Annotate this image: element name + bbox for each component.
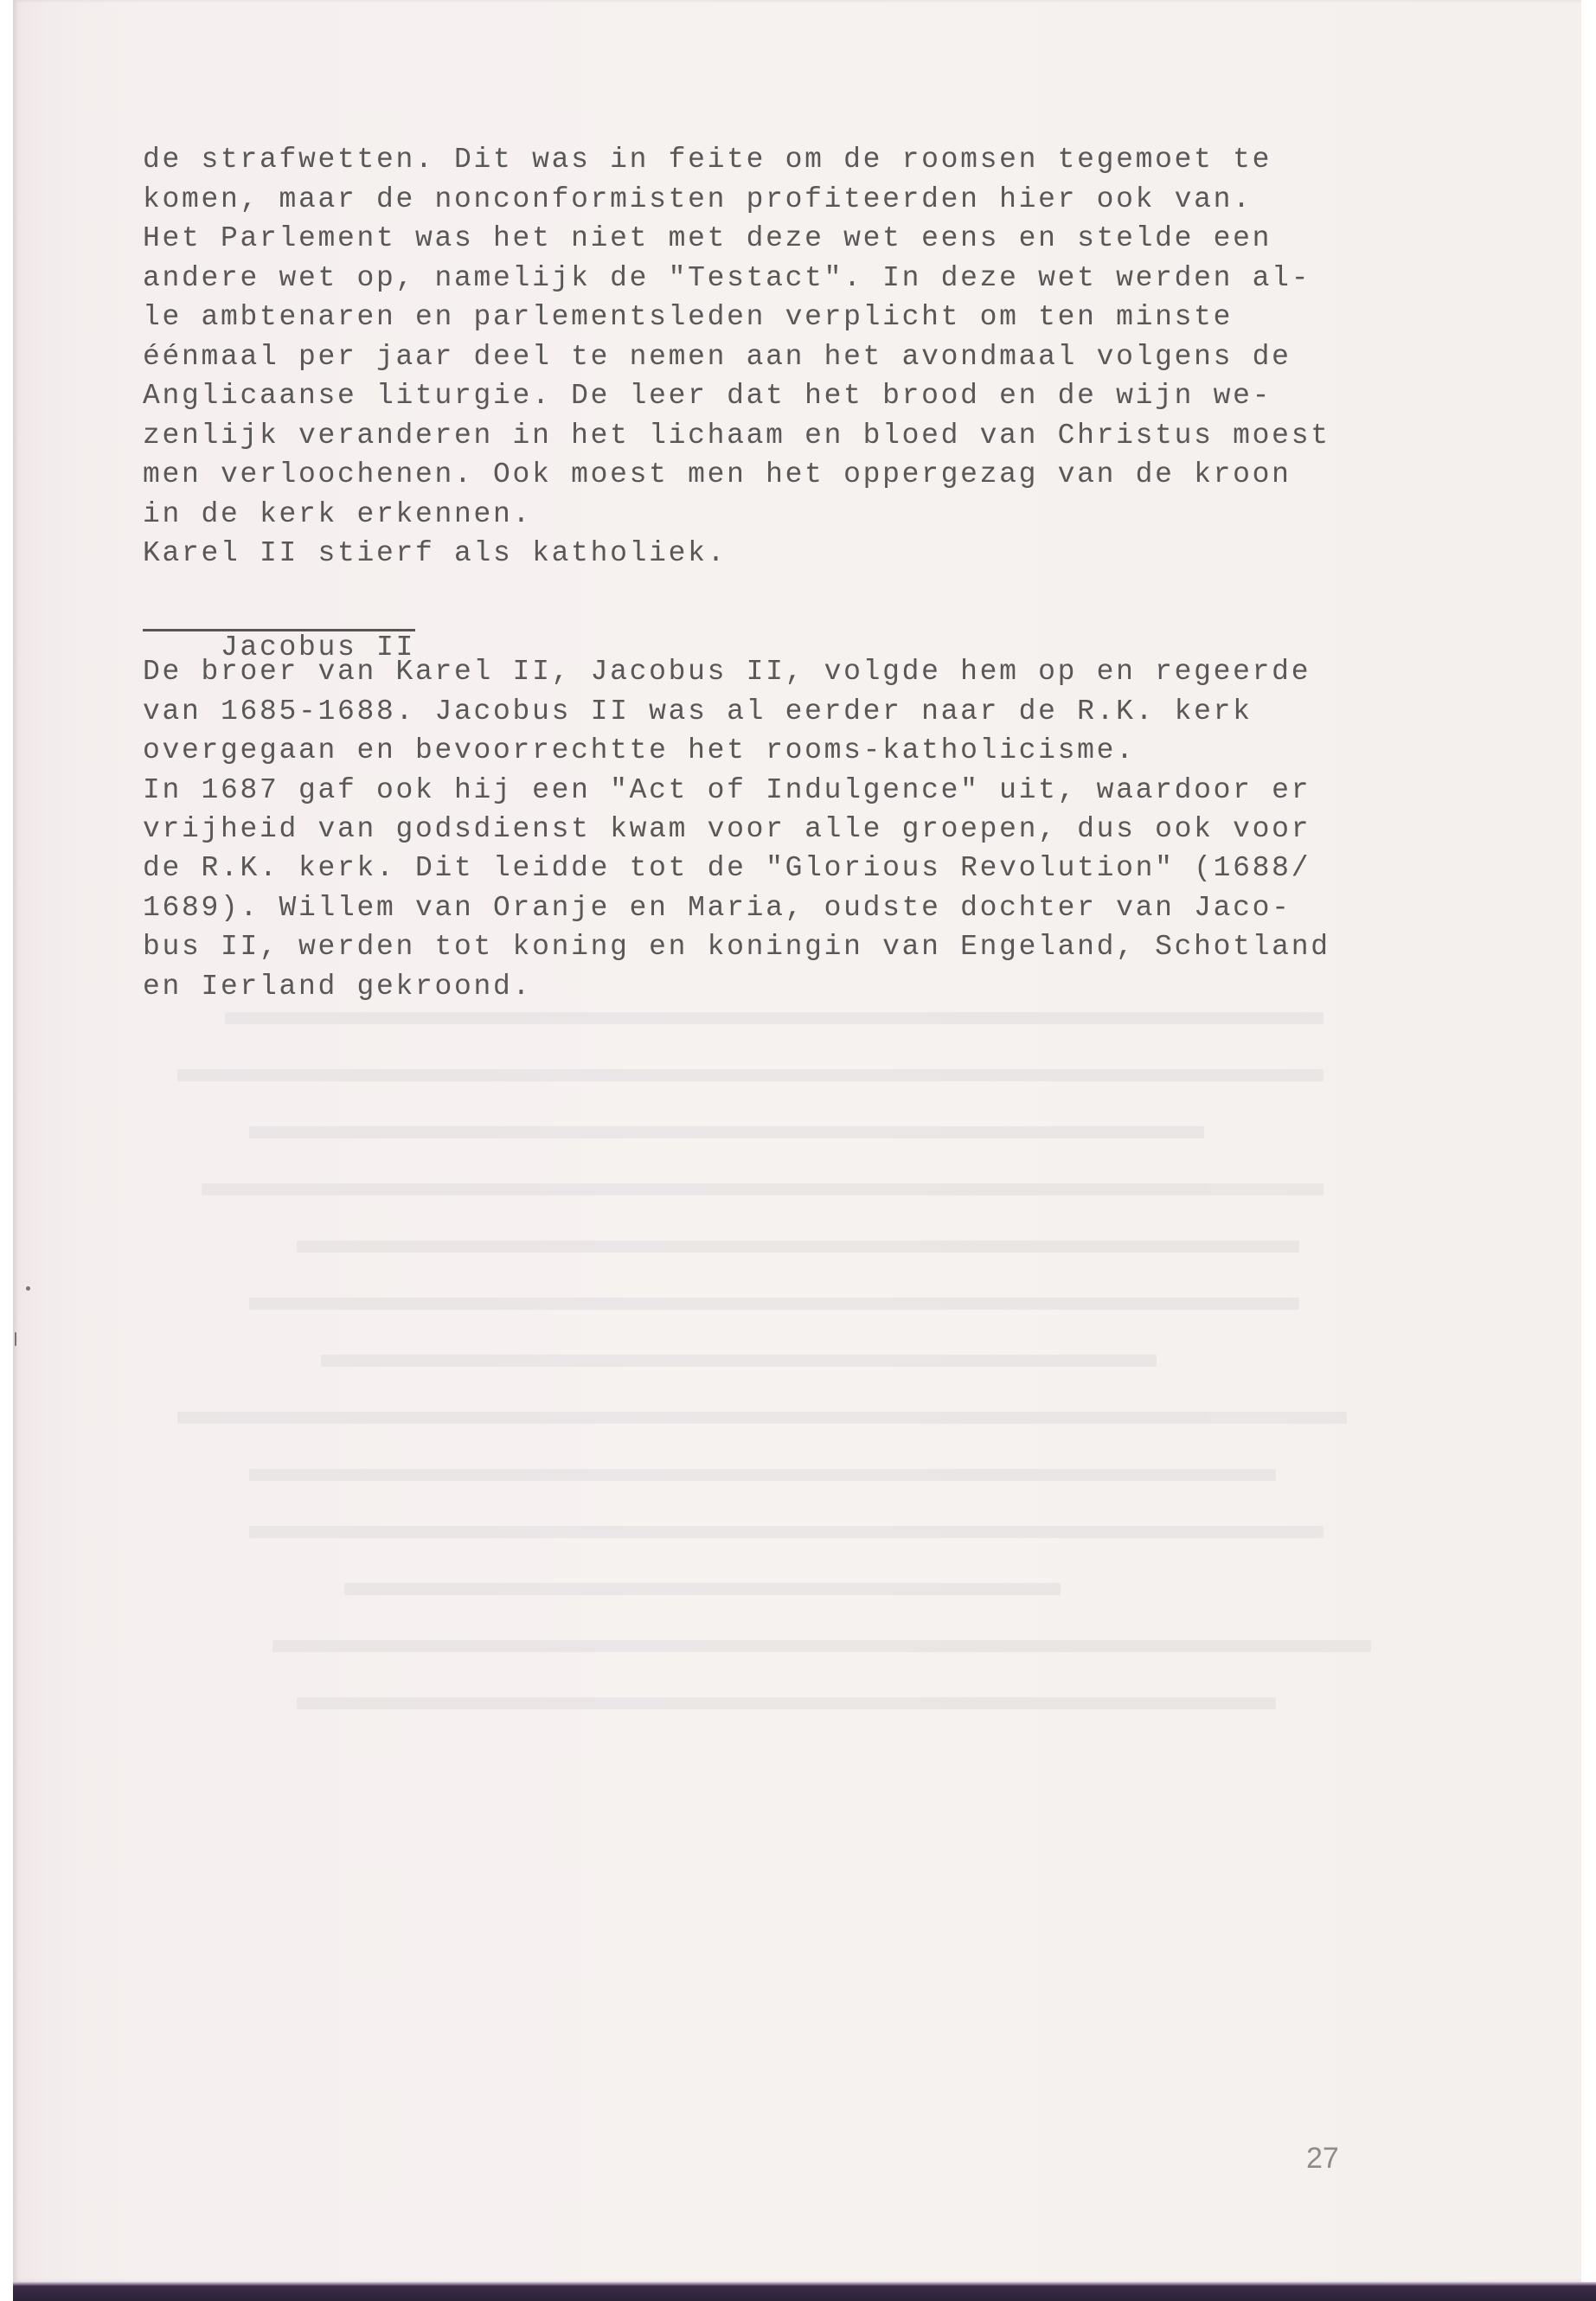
text-line: overgegaan en bevoorrechtte het rooms-ka… (143, 734, 1136, 768)
scan-margin-right (1581, 0, 1596, 2282)
text-line: zenlijk veranderen in het lichaam en blo… (143, 419, 1330, 453)
text-line: Karel II stierf als katholiek. (143, 536, 727, 571)
text-line: men verloochenen. Ook moest men het oppe… (143, 458, 1292, 492)
document-body: de strafwetten. Dit was in feite om de r… (143, 0, 182, 768)
text-line: In 1687 gaf ook hij een "Act of Indulgen… (143, 773, 1311, 808)
text-line: éénmaal per jaar deel te nemen aan het a… (143, 340, 1292, 375)
text-line: 1689). Willem van Oranje en Maria, oudst… (143, 891, 1292, 926)
text-line: vrijheid van godsdienst kwam voor alle g… (143, 812, 1311, 847)
text-line: De broer van Karel II, Jacobus II, volgd… (143, 655, 1311, 689)
text-line: le ambtenaren en parlementsleden verplic… (143, 300, 1233, 335)
page-number: 27 (1306, 2142, 1339, 2176)
heading-underline (143, 629, 415, 631)
speck-mark (26, 1286, 30, 1291)
text-line: bus II, werden tot koning en koningin va… (143, 930, 1330, 965)
text-line: Anglicaanse liturgie. De leer dat het br… (143, 379, 1272, 413)
text-line: andere wet op, namelijk de "Testact". In… (143, 261, 1311, 296)
text-line: komen, maar de nonconformisten profiteer… (143, 183, 1253, 217)
text-line: de R.K. kerk. Dit leidde tot de "Gloriou… (143, 851, 1311, 886)
speck-mark (15, 1332, 16, 1346)
text-line: en Ierland gekroond. (143, 970, 532, 1004)
text-line: Het Parlement was het niet met deze wet … (143, 221, 1272, 256)
text-line: in de kerk erkennen. (143, 497, 532, 532)
text-line: de strafwetten. Dit was in feite om de r… (143, 143, 1272, 177)
text-line: van 1685-1688. Jacobus II was al eerder … (143, 695, 1253, 729)
reverse-side-bleed-through (177, 1012, 1371, 1739)
scan-edge-bottom (13, 2282, 1596, 2301)
